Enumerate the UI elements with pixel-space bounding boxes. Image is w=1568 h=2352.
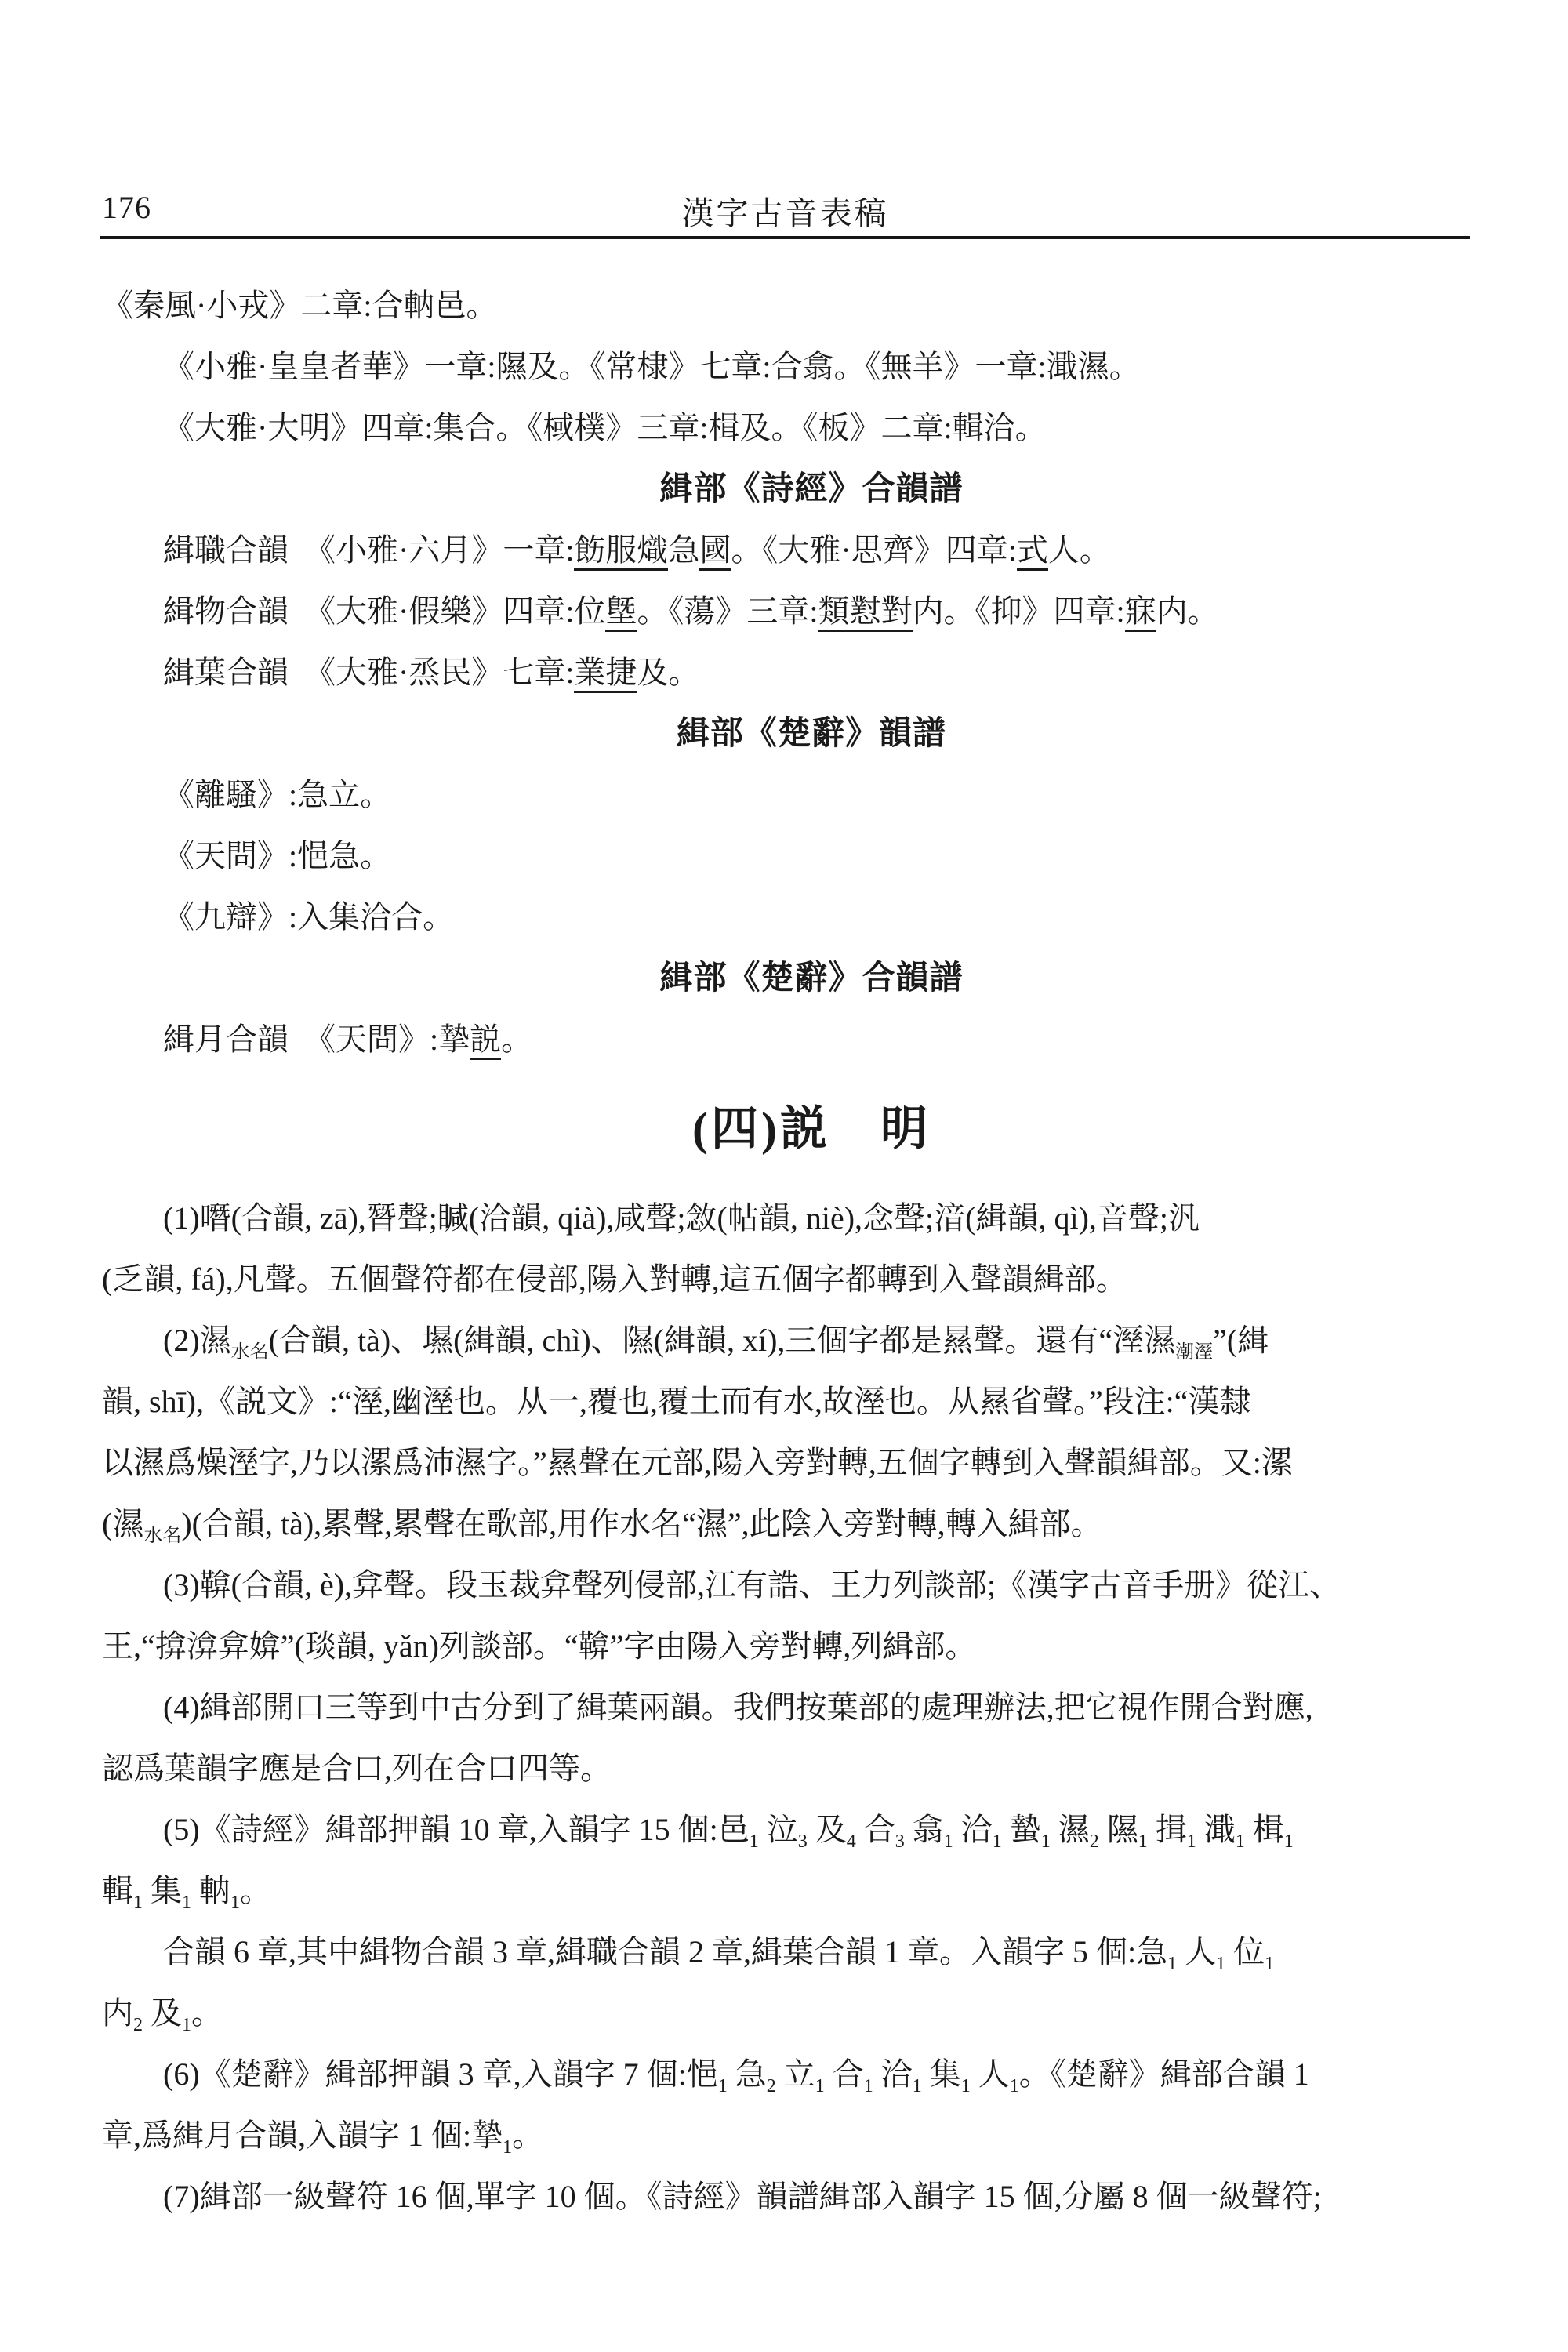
underlined-rhyme-word: 式	[1017, 532, 1048, 571]
text-segment: 緝物合韻 《大雅·假樂》四章:位	[163, 593, 605, 629]
subscript-annotation: 1	[913, 2076, 922, 2096]
section-title: (四)説 明	[102, 1070, 1521, 1188]
text-segment: 及	[808, 1812, 847, 1847]
text-segment: 及。	[637, 655, 699, 690]
subscript-annotation: 1	[1138, 1831, 1148, 1852]
text-line: (1)噆(合韻, zā),朁聲;䁍(洽韻, qià),咸聲;敜(帖韻, niè)…	[102, 1188, 1521, 1249]
section-heading: 緝部《詩經》合韻譜	[102, 459, 1521, 520]
text-segment: 軜	[191, 1873, 230, 1908]
text-segment: 緝部《詩經》合韻譜	[659, 471, 963, 507]
text-segment: 緝職合韻 《小雅·六月》一章:	[163, 532, 574, 568]
text-segment: 内	[102, 1995, 133, 2031]
text-segment: )(合韻, tà),累聲,累聲在歌部,用作水名“濕”,此陰入旁對轉,轉入緝部。	[181, 1506, 1102, 1541]
text-segment: (2)濕	[163, 1323, 231, 1358]
text-segment: (乏韻, fá),凡聲。五個聲符都在侵部,陽入對轉,這五個字都轉到入聲韻緝部。	[102, 1261, 1127, 1297]
underlined-rhyme-word: 寐	[1125, 593, 1156, 632]
subscript-annotation: 1	[1010, 2076, 1019, 2096]
subscript-annotation: 4	[847, 1831, 856, 1852]
text-segment: 。	[240, 1873, 271, 1908]
page-header: 176 漢字古音表稿	[100, 183, 1470, 238]
text-segment: 楫	[1245, 1812, 1284, 1847]
section-heading: 緝部《楚辭》韻譜	[102, 703, 1521, 764]
text-line: (4)緝部開口三等到中古分到了緝葉兩韻。我們按葉部的處理辦法,把它視作開合對應,	[102, 1677, 1521, 1738]
text-segment: 章,爲緝月合韻,入韻字 1 個:摯	[102, 2118, 503, 2153]
text-segment: 及	[143, 1995, 182, 2031]
text-segment: 。《蕩》三章:	[637, 593, 818, 629]
text-line: 緝月合韻 《天問》:摯説。	[102, 1009, 1521, 1070]
page-content: 《秦風·小戎》二章:合軜邑。《小雅·皇皇者華》一章:隰及。《常棣》七章:合翕。《…	[102, 275, 1521, 2227]
text-segment: 緝葉合韻 《大雅·烝民》七章:	[163, 655, 574, 690]
underlined-rhyme-word: 飭服熾	[574, 532, 668, 571]
text-segment: 隰	[1099, 1812, 1138, 1847]
subscript-annotation: 1	[1284, 1831, 1294, 1852]
text-line: 以濕爲燥溼字,乃以漯爲沛濕字。”㬎聲在元部,陽入旁對轉,五個字轉到入聲韻緝部。又…	[102, 1432, 1521, 1494]
section-heading: 緝部《楚辭》合韻譜	[102, 948, 1521, 1009]
subscript-annotation: 1	[1236, 1831, 1245, 1852]
subscript-annotation: 1	[1187, 1831, 1196, 1852]
text-segment: (7)緝部一級聲符 16 個,單字 10 個。《詩經》韻譜緝部入韻字 15 個,…	[163, 2179, 1322, 2214]
text-segment: 人	[1177, 1934, 1216, 1969]
text-line: 緝葉合韻 《大雅·烝民》七章:業捷及。	[102, 642, 1521, 703]
text-line: 《小雅·皇皇者華》一章:隰及。《常棣》七章:合翕。《無羊》一章:濈濕。	[102, 336, 1521, 397]
text-line: 《九辯》:入集洽合。	[102, 887, 1521, 948]
underlined-rhyme-word: 墍	[605, 593, 637, 632]
text-segment: 王,“揜渰弇媕”(琰韻, yǎn)列談部。“鞥”字由陽入旁對轉,列緝部。	[102, 1628, 976, 1664]
text-segment: 合	[825, 2056, 864, 2092]
text-segment: 《大雅·大明》四章:集合。《棫樸》三章:楫及。《板》二章:輯洽。	[163, 410, 1047, 445]
text-line: (7)緝部一級聲符 16 個,單字 10 個。《詩經》韻譜緝部入韻字 15 個,…	[102, 2166, 1521, 2227]
text-segment: 位	[1225, 1934, 1265, 1969]
text-segment: 。	[512, 2118, 543, 2153]
text-segment: 翕	[905, 1812, 944, 1847]
text-line: 《離騷》:急立。	[102, 764, 1521, 826]
text-segment: 立	[776, 2056, 815, 2092]
subscript-annotation: 水名	[143, 1526, 181, 1546]
text-segment: 緝部《楚辭》合韻譜	[659, 960, 963, 996]
text-segment: 輯	[102, 1873, 133, 1908]
subscript-annotation: 1	[961, 2076, 971, 2096]
text-segment: 緝部《楚辭》韻譜	[677, 716, 946, 752]
subscript-annotation: 1	[944, 1831, 953, 1852]
subscript-annotation: 1	[503, 2137, 512, 2158]
text-line: 内2 及1。	[102, 1983, 1521, 2044]
text-segment: 人。	[1048, 532, 1111, 568]
text-segment: 集	[922, 2056, 961, 2092]
text-line: (2)濕水名(合韻, tà)、㙷(緝韻, chì)、隰(緝韻, xí),三個字都…	[102, 1310, 1521, 1371]
subscript-annotation: 1	[133, 1893, 143, 1913]
subscript-annotation: 潮溼	[1175, 1342, 1213, 1363]
subscript-annotation: 2	[1090, 1831, 1099, 1852]
text-segment: (1)噆(合韻, zā),朁聲;䁍(洽韻, qià),咸聲;敜(帖韻, niè)…	[163, 1200, 1200, 1236]
subscript-annotation: 2	[133, 2015, 143, 2035]
text-segment: (合韻, tà)、㙷(緝韻, chì)、隰(緝韻, xí),三個字都是㬎聲。還有…	[269, 1323, 1176, 1358]
text-segment: 合	[856, 1812, 895, 1847]
text-segment: 内。	[1156, 593, 1219, 629]
text-line: 韻, shī),《説文》:“溼,幽溼也。从一,覆也,覆土而有水,故溼也。从㬎省聲…	[102, 1371, 1521, 1432]
text-segment: 。《大雅·思齊》四章:	[731, 532, 1016, 568]
text-segment: (濕	[102, 1506, 143, 1541]
text-line: (3)鞥(合韻, è),弇聲。段玉裁弇聲列侵部,江有誥、王力列談部;《漢字古音手…	[102, 1555, 1521, 1616]
subscript-annotation: 1	[1265, 1954, 1274, 1974]
text-segment: ”(緝	[1213, 1323, 1269, 1358]
text-line: 認爲葉韻字應是合口,列在合口四等。	[102, 1738, 1521, 1799]
text-line: (乏韻, fá),凡聲。五個聲符都在侵部,陽入對轉,這五個字都轉到入聲韻緝部。	[102, 1249, 1521, 1310]
text-segment: 《九辯》:入集洽合。	[163, 899, 454, 935]
text-segment: 認爲葉韻字應是合口,列在合口四等。	[102, 1751, 612, 1786]
text-segment: 濈	[1196, 1812, 1236, 1847]
text-segment: 合韻 6 章,其中緝物合韻 3 章,緝職合韻 2 章,緝葉合韻 1 章。入韻字 …	[163, 1934, 1167, 1969]
subscript-annotation: 3	[895, 1831, 905, 1852]
text-segment: 人	[971, 2056, 1010, 2092]
underlined-rhyme-word: 國	[699, 532, 731, 571]
text-segment: 洽	[873, 2056, 913, 2092]
text-line: 章,爲緝月合韻,入韻字 1 個:摯1。	[102, 2105, 1521, 2166]
underlined-rhyme-word: 類懟對	[818, 593, 913, 632]
text-segment: 《小雅·皇皇者華》一章:隰及。《常棣》七章:合翕。《無羊》一章:濈濕。	[163, 349, 1141, 384]
text-segment: 《秦風·小戎》二章:合軜邑。	[102, 288, 497, 323]
subscript-annotation: 1	[182, 2015, 191, 2035]
text-segment: 《離騷》:急立。	[163, 777, 391, 812]
subscript-annotation: 2	[767, 2076, 776, 2096]
page: 176 漢字古音表稿 《秦風·小戎》二章:合軜邑。《小雅·皇皇者華》一章:隰及。…	[0, 0, 1568, 2352]
subscript-annotation: 1	[993, 1831, 1002, 1852]
text-segment: 《天問》:悒急。	[163, 838, 391, 873]
text-line: 緝職合韻 《小雅·六月》一章:飭服熾急國。《大雅·思齊》四章:式人。	[102, 520, 1521, 581]
text-segment: 集	[143, 1873, 182, 1908]
text-line: 輯1 集1 軜1。	[102, 1860, 1521, 1922]
text-line: (6)《楚辭》緝部押韻 3 章,入韻字 7 個:悒1 急2 立1 合1 洽1 集…	[102, 2044, 1521, 2105]
text-segment: (6)《楚辭》緝部押韻 3 章,入韻字 7 個:悒	[163, 2056, 718, 2092]
text-segment: 以濕爲燥溼字,乃以漯爲沛濕字。”㬎聲在元部,陽入旁對轉,五個字轉到入聲韻緝部。又…	[102, 1445, 1293, 1480]
book-title: 漢字古音表稿	[100, 187, 1470, 234]
text-segment: 内。《抑》四章:	[913, 593, 1125, 629]
text-segment: 。《楚辭》緝部合韻 1	[1019, 2056, 1309, 2092]
subscript-annotation: 1	[1167, 1954, 1177, 1974]
text-segment: 泣	[759, 1812, 798, 1847]
subscript-annotation: 1	[750, 1831, 759, 1852]
text-segment: 韻, shī),《説文》:“溼,幽溼也。从一,覆也,覆土而有水,故溼也。从㬎省聲…	[102, 1384, 1251, 1419]
subscript-annotation: 水名	[231, 1342, 269, 1363]
subscript-annotation: 1	[718, 2076, 728, 2096]
text-segment: (5)《詩經》緝部押韻 10 章,入韻字 15 個:邑	[163, 1812, 750, 1847]
text-segment: 濕	[1051, 1812, 1090, 1847]
text-segment: 。	[501, 1022, 532, 1057]
text-line: (5)《詩經》緝部押韻 10 章,入韻字 15 個:邑1 泣3 及4 合3 翕1…	[102, 1799, 1521, 1860]
text-segment: 急	[728, 2056, 767, 2092]
underlined-rhyme-word: 説	[470, 1022, 501, 1060]
subscript-annotation: 1	[815, 2076, 825, 2096]
subscript-annotation: 1	[1216, 1954, 1225, 1974]
text-line: 緝物合韻 《大雅·假樂》四章:位墍。《蕩》三章:類懟對内。《抑》四章:寐内。	[102, 581, 1521, 642]
text-line: 王,“揜渰弇媕”(琰韻, yǎn)列談部。“鞥”字由陽入旁對轉,列緝部。	[102, 1616, 1521, 1677]
text-line: (濕水名)(合韻, tà),累聲,累聲在歌部,用作水名“濕”,此陰入旁對轉,轉入…	[102, 1494, 1521, 1555]
text-segment: (3)鞥(合韻, è),弇聲。段玉裁弇聲列侵部,江有誥、王力列談部;《漢字古音手…	[163, 1567, 1341, 1602]
text-segment: 洽	[953, 1812, 993, 1847]
text-line: 合韻 6 章,其中緝物合韻 3 章,緝職合韻 2 章,緝葉合韻 1 章。入韻字 …	[102, 1922, 1521, 1983]
text-segment: 急	[668, 532, 699, 568]
text-segment: 緝月合韻 《天問》:摯	[163, 1022, 470, 1057]
text-segment: (4)緝部開口三等到中古分到了緝葉兩韻。我們按葉部的處理辦法,把它視作開合對應,	[163, 1690, 1313, 1725]
text-segment: (四)説 明	[692, 1103, 931, 1155]
subscript-annotation: 1	[182, 1893, 191, 1913]
subscript-annotation: 1	[230, 1893, 240, 1913]
underlined-rhyme-word: 業捷	[574, 655, 637, 693]
text-segment: 。	[191, 1995, 223, 2031]
text-line: 《秦風·小戎》二章:合軜邑。	[102, 275, 1521, 336]
text-segment: 揖	[1148, 1812, 1187, 1847]
text-line: 《天問》:悒急。	[102, 826, 1521, 887]
text-line: 《大雅·大明》四章:集合。《棫樸》三章:楫及。《板》二章:輯洽。	[102, 397, 1521, 459]
text-segment: 蟄	[1002, 1812, 1041, 1847]
subscript-annotation: 1	[864, 2076, 873, 2096]
subscript-annotation: 3	[798, 1831, 808, 1852]
subscript-annotation: 1	[1041, 1831, 1051, 1852]
header-rule	[100, 236, 1470, 239]
